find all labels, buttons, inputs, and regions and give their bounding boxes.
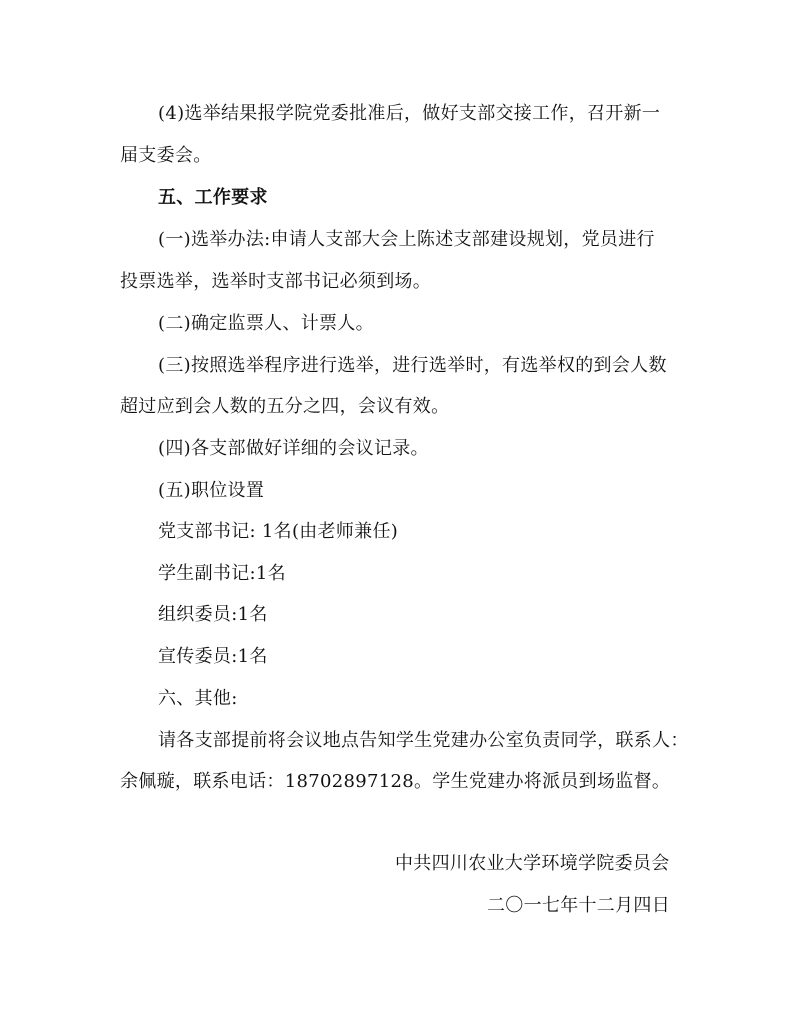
contact-line-1: 请各支部提前将会议地点告知学生党建办公室负责同学，联系人：: [158, 730, 689, 752]
position-deputy-secretary: 学生副书记:1名: [158, 563, 286, 585]
item-1-line-1: (一)选举办法:申请人支部大会上陈述支部建设规划，党员进行: [158, 229, 655, 251]
signature-date: 二〇一七年十二月四日: [487, 895, 670, 917]
signature-organization: 中共四川农业大学环境学院委员会: [395, 853, 670, 875]
item-2: (二)确定监票人、计票人。: [158, 313, 374, 335]
section-5-heading: 五、工作要求: [158, 187, 268, 209]
position-publicity-member: 宣传委员:1名: [158, 646, 268, 668]
contact-line-2: 余佩璇，联系电话：18702897128。学生党建办将派员到场监督。: [120, 771, 670, 793]
position-organization-member: 组织委员:1名: [158, 604, 268, 626]
item-4: (四)各支部做好详细的会议记录。: [158, 438, 429, 460]
paragraph-4-line-1: (4)选举结果报学院党委批准后，做好支部交接工作，召开新一: [158, 103, 660, 125]
position-party-secretary: 党支部书记: 1名(由老师兼任): [158, 521, 398, 543]
item-3-line-1: (三)按照选举程序进行选举，进行选举时，有选举权的到会人数: [158, 355, 667, 377]
section-6-heading: 六、其他:: [158, 688, 238, 710]
item-5-heading: (五)职位设置: [158, 480, 264, 502]
item-1-line-2: 投票选举，选举时支部书记必须到场。: [120, 271, 431, 293]
item-3-line-2: 超过应到会人数的五分之四，会议有效。: [120, 396, 449, 418]
paragraph-4-line-2: 届支委会。: [120, 145, 212, 167]
